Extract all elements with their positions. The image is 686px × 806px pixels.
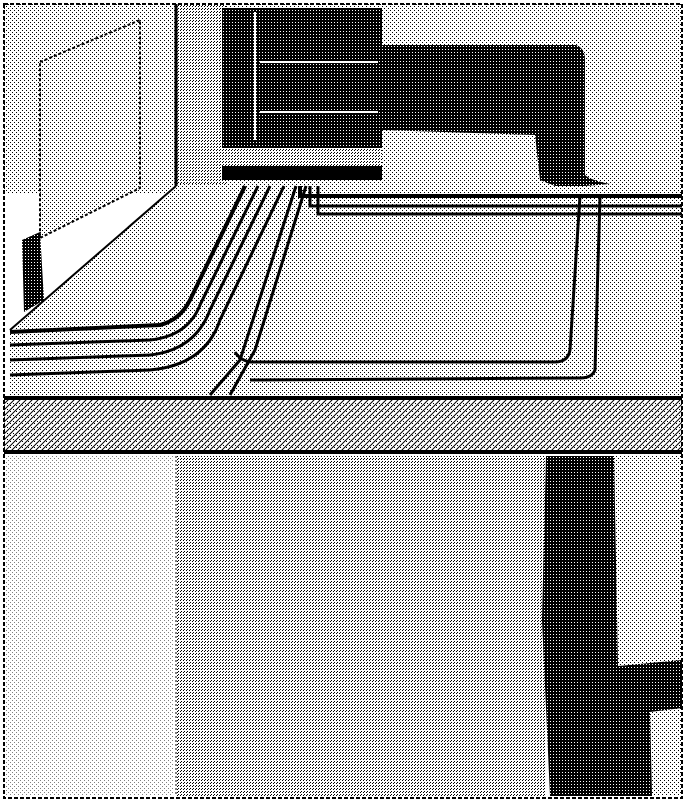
- boiler-icon: [222, 8, 382, 180]
- heating-installation-illustration: [0, 0, 686, 806]
- concrete-slab-icon: [4, 398, 682, 452]
- floor-surface: [10, 186, 682, 400]
